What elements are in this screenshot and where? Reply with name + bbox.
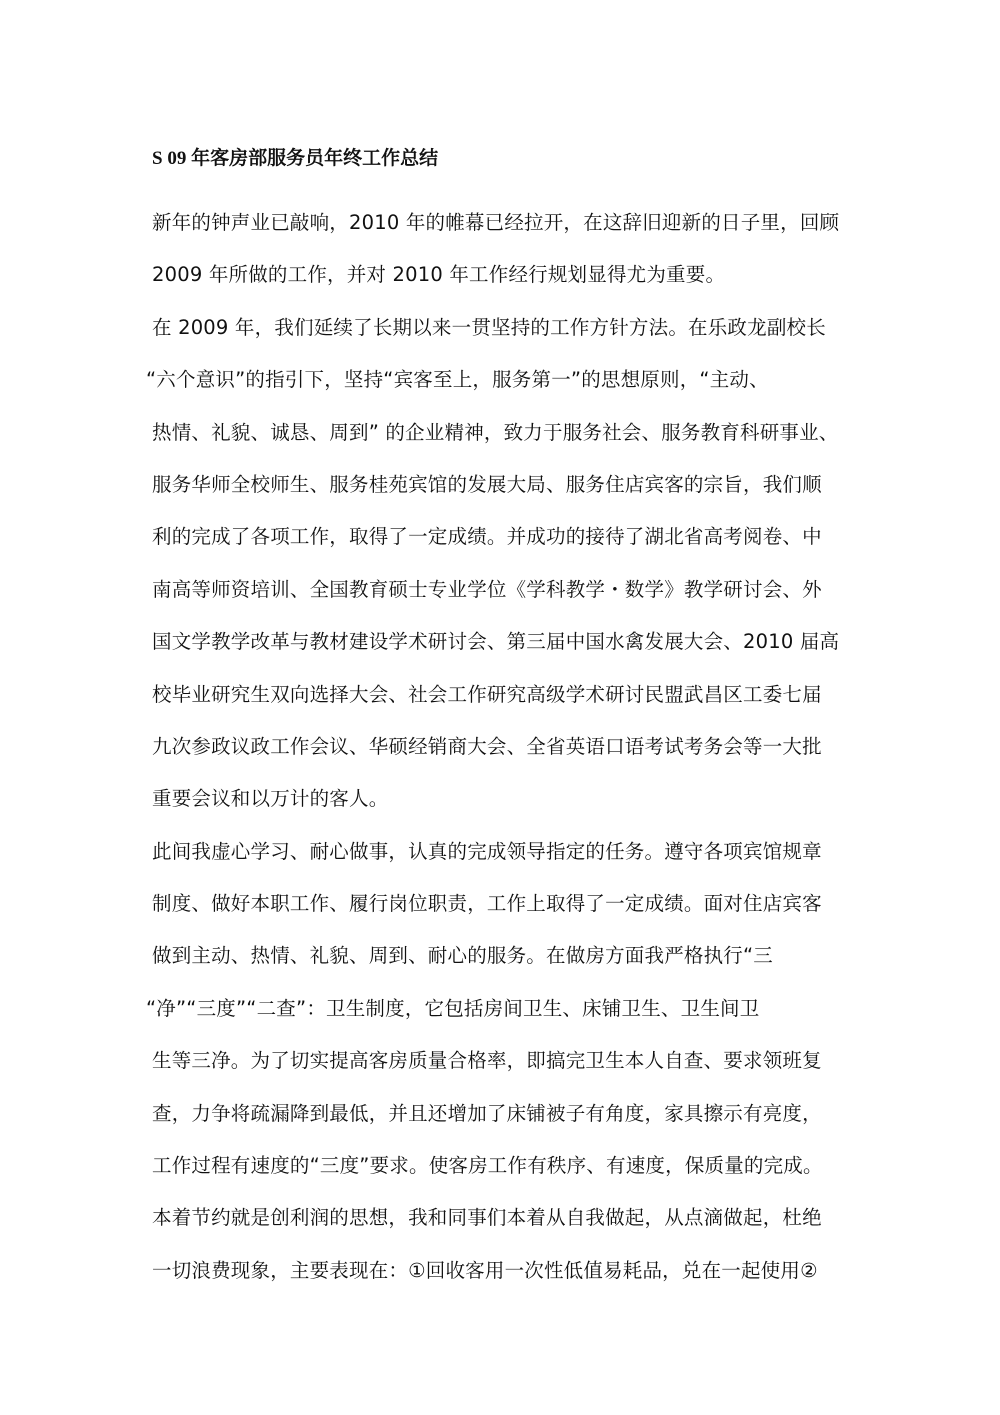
paragraph-line: 生等三净。为了切实提高客房质量合格率，即搞完卫生本人自查、要求领班复 [152, 1035, 862, 1087]
paragraph-line: 2009 年所做的工作，并对 2010 年工作经行规划显得尤为重要。 [152, 249, 862, 301]
paragraph-line: 国文学教学改革与教材建设学术研讨会、第三届中国水禽发展大会、2010 届高 [152, 616, 862, 668]
paragraph-line: 九次参政议政工作会议、华硕经销商大会、全省英语口语考试考务会等一大批 [152, 721, 862, 773]
paragraph-line: “净”“三度”“二查”：卫生制度，它包括房间卫生、床铺卫生、卫生间卫 [146, 983, 862, 1035]
paragraph-line: 一切浪费现象，主要表现在：①回收客用一次性低值易耗品，兑在一起使用② [152, 1245, 862, 1297]
paragraph-line: 工作过程有速度的“三度”要求。使客房工作有秩序、有速度，保质量的完成。 [152, 1140, 862, 1192]
paragraph-line: 重要会议和以万计的客人。 [152, 773, 862, 825]
paragraph-line: 制度、做好本职工作、履行岗位职责，工作上取得了一定成绩。面对住店宾客 [152, 878, 862, 930]
paragraph-line: 南高等师资培训、全国教育硕士专业学位《学科教学・数学》教学研讨会、外 [152, 564, 862, 616]
paragraph-line: 本着节约就是创利润的思想，我和同事们本着从自我做起，从点滴做起，杜绝 [152, 1192, 862, 1244]
paragraph-line: 校毕业研究生双向选择大会、社会工作研究高级学术研讨民盟武昌区工委七届 [152, 669, 862, 721]
paragraph-line: 热情、礼貌、诚恳、周到” 的企业精神，致力于服务社会、服务教育科研事业、 [152, 407, 862, 459]
document-page: S 09 年客房部服务员年终工作总结 新年的钟声业已敲响，2010 年的帷幕已经… [152, 145, 862, 1297]
paragraph-line: 查，力争将疏漏降到最低，并且还增加了床铺被子有角度，家具擦示有亮度， [152, 1088, 862, 1140]
paragraph-line: 新年的钟声业已敲响，2010 年的帷幕已经拉开，在这辞旧迎新的日子里，回顾 [152, 197, 862, 249]
paragraph-line: 此间我虚心学习、耐心做事，认真的完成领导指定的任务。遵守各项宾馆规章 [152, 826, 862, 878]
paragraph-line: “六个意识”的指引下，坚持“宾客至上，服务第一”的思想原则，“主动、 [146, 354, 862, 406]
paragraph-line: 在 2009 年，我们延续了长期以来一贯坚持的工作方针方法。在乐政龙副校长 [152, 302, 862, 354]
paragraph-line: 服务华师全校师生、服务桂苑宾馆的发展大局、服务住店宾客的宗旨，我们顺 [152, 459, 862, 511]
paragraph-line: 做到主动、热情、礼貌、周到、耐心的服务。在做房方面我严格执行“三 [152, 930, 862, 982]
document-title: S 09 年客房部服务员年终工作总结 [152, 145, 862, 173]
paragraph-line: 利的完成了各项工作，取得了一定成绩。并成功的接待了湖北省高考阅卷、中 [152, 511, 862, 563]
